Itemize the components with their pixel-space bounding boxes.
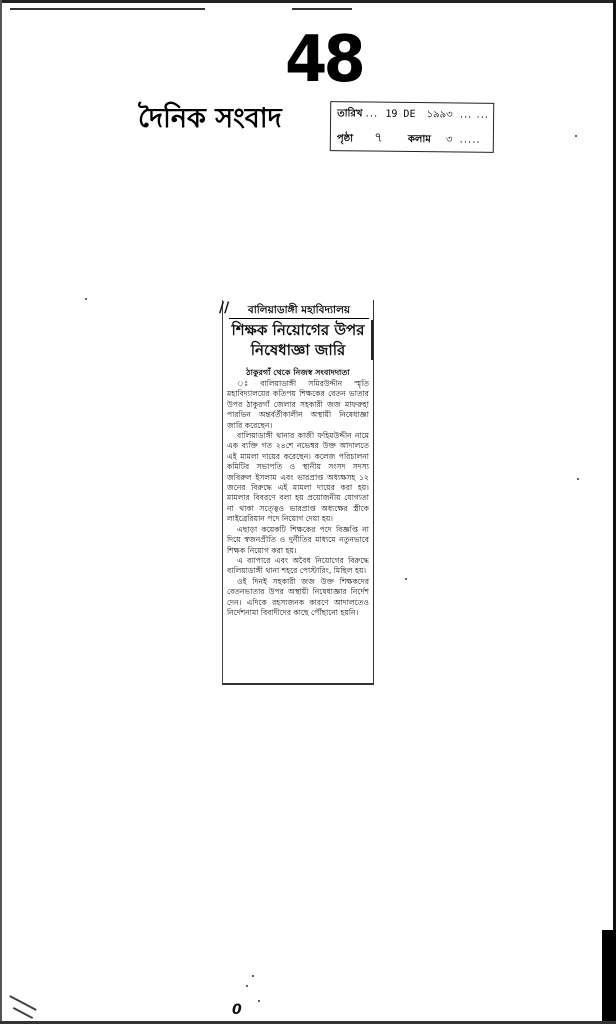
stamp-date-value: 19 DE (385, 109, 415, 120)
bottom-mark: 0 (232, 1002, 242, 1018)
scan-artifact-line (10, 8, 205, 10)
article-kicker: বালিয়াডাঙ্গী মহাবিদ্যালয় (229, 302, 369, 319)
headline-line-2: নিষেধাজ্ঞা জারি (225, 340, 371, 360)
article-paragraph: এ ব্যাপারে এবং অবৈধ নিয়োগের বিরুদ্ধে বা… (227, 556, 369, 577)
scan-speck (258, 1000, 260, 1002)
scan-speck (405, 578, 407, 580)
scan-scratch (13, 1007, 33, 1019)
kicker-slash-mark: // (219, 300, 229, 316)
stamp-dots: ... (366, 109, 379, 120)
date-stamp: তারিখ ... 19 DE ১৯৯৩ ... ... পৃষ্ঠা ৭ কল… (330, 101, 495, 153)
stamp-date-row: তারিখ ... 19 DE ১৯৯৩ ... ... (337, 106, 489, 125)
archive-page-number: 48 (285, 28, 362, 92)
headline-line-1: শিক্ষক নিয়োগের উপর (225, 320, 371, 340)
newspaper-clipping: // বালিয়াডাঙ্গী মহাবিদ্যালয় শিক্ষক নিয… (222, 300, 374, 685)
stamp-page-value: ৭ (374, 131, 383, 146)
scan-artifact-line (292, 8, 352, 10)
scan-speck (246, 985, 248, 987)
scan-speck (252, 975, 254, 977)
stamp-dots: ... ... (460, 110, 489, 121)
stamp-column-value: ৩ (446, 134, 453, 145)
article-headline: শিক্ষক নিয়োগের উপর নিষেধাজ্ঞা জারি (225, 320, 373, 360)
stamp-date-year: ১৯৯৩ (427, 109, 453, 120)
scan-speck (577, 478, 579, 480)
article-body: ঃ বালিয়াডাঙ্গী সমিরউদ্দীন স্মৃতি মহাবিদ… (227, 379, 369, 618)
stamp-date-label: তারিখ (337, 108, 362, 119)
stamp-page-label: পৃষ্ঠা (337, 133, 353, 144)
stamp-dots: ..... (460, 135, 481, 146)
stamp-page-row: পৃষ্ঠা ৭ কলাম ৩ ..... (337, 128, 481, 151)
scan-left-edge (0, 0, 2, 1024)
article-paragraph: এছাড়া কয়েকটি শিক্ষকের পদে বিজ্ঞপ্তি না… (227, 525, 369, 556)
article-paragraph: বালিয়াডাঙ্গী থানার কাজী ফহিমউদ্দীন নামে… (227, 431, 369, 525)
newspaper-masthead: দৈনিক সংবাদ (138, 98, 282, 143)
scan-right-edge-shadow (602, 930, 616, 1024)
scan-speck (85, 298, 87, 300)
scan-top-edge (0, 0, 616, 3)
stamp-column-label: কলাম (408, 134, 431, 145)
article-paragraph: ওই দিনই সহকারী জজ উক্ত শিক্ষকদের বেতনভাত… (227, 577, 369, 619)
article-paragraph: ঃ বালিয়াডাঙ্গী সমিরউদ্দীন স্মৃতি মহাবিদ… (227, 379, 369, 431)
scan-speck (575, 135, 577, 137)
scanned-page: 48 দৈনিক সংবাদ তারিখ ... 19 DE ১৯৯৩ ... … (0, 0, 616, 1024)
